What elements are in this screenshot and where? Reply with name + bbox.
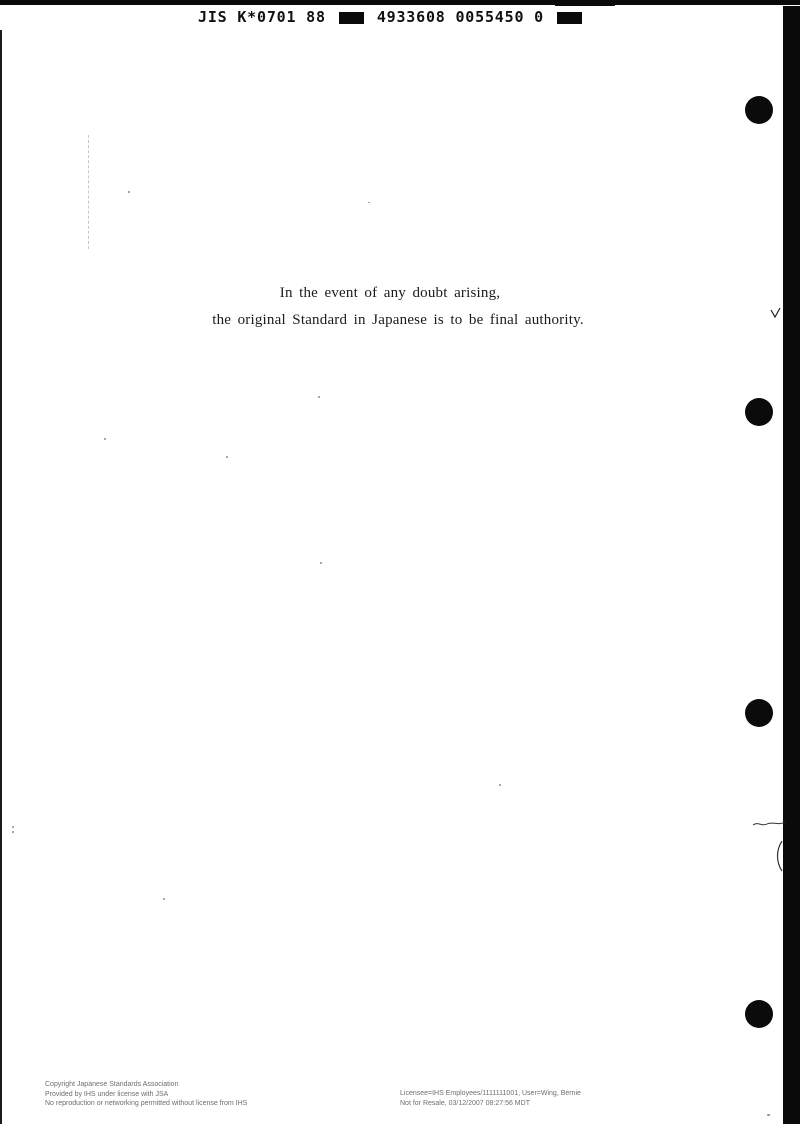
punch-hole-icon [745,1000,773,1028]
scan-speck [163,898,165,900]
scan-speck [320,562,322,564]
squiggle-scan-artifact [752,819,786,828]
black-marker-icon [557,12,582,24]
copyright-line-1: Copyright Japanese Standards Association [45,1080,247,1090]
copyright-footer: Copyright Japanese Standards Association… [45,1080,247,1109]
checkmark-scan-artifact [769,306,782,320]
authority-notice: In the event of any doubt arising, the o… [0,280,796,334]
scan-speck [226,456,228,458]
scan-speck [128,191,130,193]
scan-speck [318,396,320,398]
copyright-line-3: No reproduction or networking permitted … [45,1099,247,1109]
punch-hole-icon [745,96,773,124]
scan-speck [767,1114,770,1116]
punch-hole-icon [745,398,773,426]
scan-edge-right-band [783,6,800,1124]
copyright-line-2: Provided by IHS under license with JSA [45,1090,247,1100]
licensee-line-1: Licensee=IHS Employees/1111111001, User=… [400,1089,581,1099]
licensee-line-2: Not for Resale, 03/12/2007 08:27:56 MDT [400,1099,581,1109]
notice-line-1: In the event of any doubt arising, [0,280,788,307]
scan-speck [12,826,14,828]
standard-code-right: 4933608 0055450 0 [377,8,544,26]
scanned-document-page: { "document": { "header": { "code_left":… [0,0,800,1124]
notice-line-2: the original Standard in Japanese is to … [0,307,796,334]
scan-edge-top-bar [0,0,800,5]
standard-code-header: JIS K*0701 88 4933608 0055450 0 [198,8,582,26]
punch-hole-icon [745,699,773,727]
scan-dotted-line-artifact [88,135,89,249]
black-marker-icon [339,12,364,24]
scan-speck [12,831,14,833]
standard-code-left: JIS K*0701 88 [198,8,326,26]
scan-speck [499,784,501,786]
scan-edge-top-ripple [555,4,615,6]
scan-speck [104,438,106,440]
hook-scan-artifact [775,841,784,872]
scan-speck [368,202,370,203]
licensee-footer: Licensee=IHS Employees/1111111001, User=… [400,1089,581,1108]
scan-edge-left-line [0,30,2,1124]
